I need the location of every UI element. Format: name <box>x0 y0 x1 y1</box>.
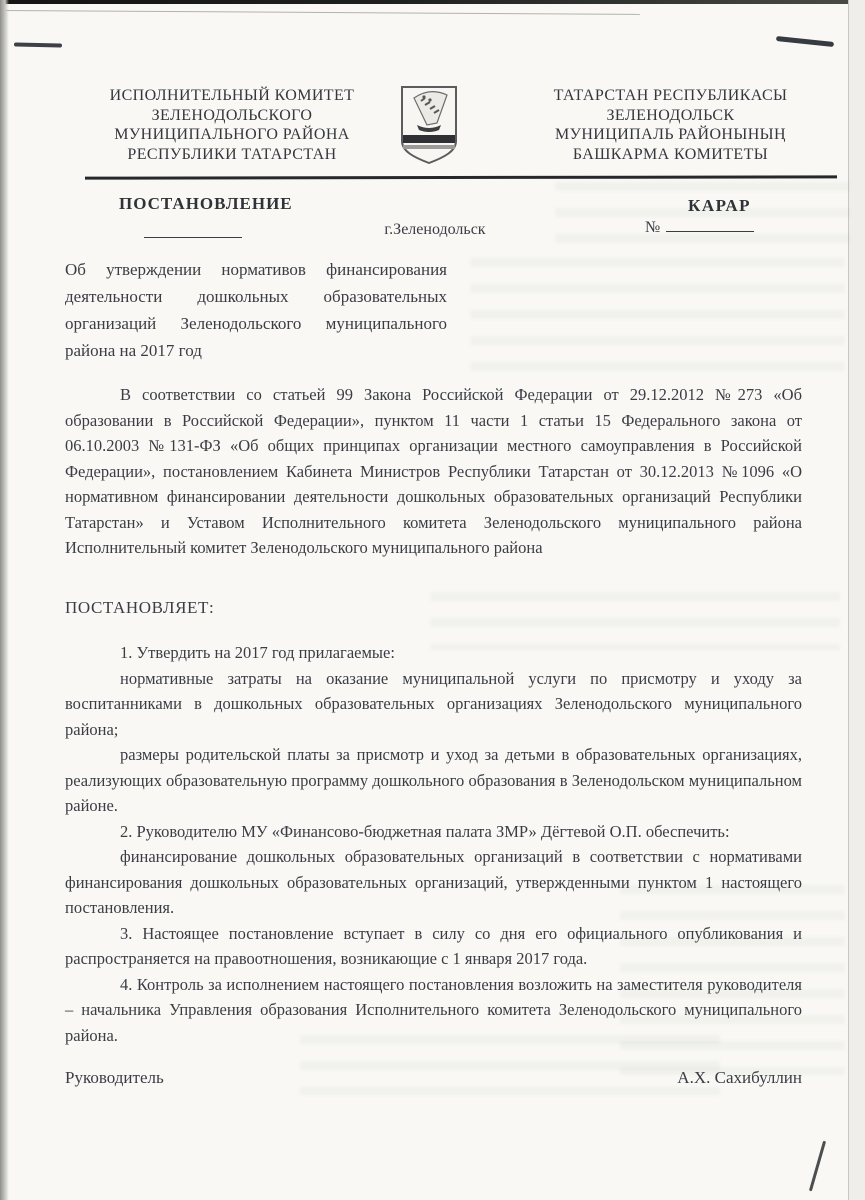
pen-slash-bottom-right <box>809 1141 826 1192</box>
resolution-heading: ПОСТАНОВЛЯЕТ: <box>65 598 214 618</box>
bleedthrough-artifact <box>470 258 845 378</box>
place-name: г.Зеленодольск <box>355 221 515 239</box>
letterhead-line: РЕСПУБЛИКИ ТАТАРСТАН <box>82 145 382 165</box>
pen-dash-top-right <box>776 36 834 47</box>
item-3: 3. Настоящее постановление вступает в си… <box>65 921 802 972</box>
letterhead-russian: ИСПОЛНИТЕЛЬНЫЙ КОМИТЕТ ЗЕЛЕНОДОЛЬСКОГО М… <box>82 86 382 164</box>
letterhead-line: МУНИЦИПАЛЬ РАЙОНЫНЫҢ <box>498 125 843 145</box>
scan-edge-left <box>0 0 9 1200</box>
item-2: 2. Руководителю МУ «Финансово-бюджетная … <box>65 819 802 845</box>
letterhead-divider <box>85 175 837 179</box>
letterhead-line: БАШКАРМА КОМИТЕТЫ <box>498 145 843 165</box>
scanned-document-page: ИСПОЛНИТЕЛЬНЫЙ КОМИТЕТ ЗЕЛЕНОДОЛЬСКОГО М… <box>0 0 865 1200</box>
scan-edge-top <box>0 0 865 4</box>
letterhead-line: ИСПОЛНИТЕЛЬНЫЙ КОМИТЕТ <box>82 86 382 106</box>
item-2-sub-1: финансирование дошкольных образовательны… <box>65 844 802 921</box>
letterhead-tatar: ТАТАРСТАН РЕСПУБЛИКАСЫ ЗЕЛЕНОДОЛЬСК МУНИ… <box>498 86 843 164</box>
document-number: № <box>645 217 754 237</box>
item-1: 1. Утвердить на 2017 год прилагаемые: <box>65 640 802 666</box>
doc-type-tatar: КАРАР <box>688 196 751 216</box>
coat-of-arms-emblem <box>397 83 461 167</box>
number-blank-line <box>666 217 754 232</box>
preamble-paragraph: В соответствии со статьей 99 Закона Росс… <box>65 382 802 561</box>
item-4: 4. Контроль за исполнением настоящего по… <box>65 972 802 1049</box>
scan-edge-line <box>0 10 640 15</box>
item-1-sub-1: нормативные затраты на оказание муниципа… <box>65 666 802 743</box>
letterhead-line: ЗЕЛЕНОДОЛЬСК <box>498 106 843 126</box>
signer-title: Руководитель <box>65 1068 164 1087</box>
letterhead-line: МУНИЦИПАЛЬНОГО РАЙОНА <box>82 125 382 145</box>
doc-type-russian: ПОСТАНОВЛЕНИЕ <box>119 194 293 214</box>
signature-row: Руководитель А.Х. Сахибуллин <box>65 1068 802 1088</box>
letterhead-line: ТАТАРСТАН РЕСПУБЛИКАСЫ <box>498 86 843 106</box>
item-1-sub-2: размеры родительской платы за присмотр и… <box>65 742 802 819</box>
document-subject: Об утверждении нормативов финансирования… <box>65 256 447 364</box>
signer-name: А.Х. Сахибуллин <box>677 1068 802 1088</box>
date-blank-line <box>144 219 242 238</box>
number-label: № <box>645 219 660 236</box>
letterhead-line: ЗЕЛЕНОДОЛЬСКОГО <box>82 106 382 126</box>
scan-edge-right <box>848 0 865 1200</box>
pen-dash-top-left <box>14 42 62 47</box>
resolution-items: 1. Утвердить на 2017 год прилагаемые: но… <box>65 640 802 1048</box>
